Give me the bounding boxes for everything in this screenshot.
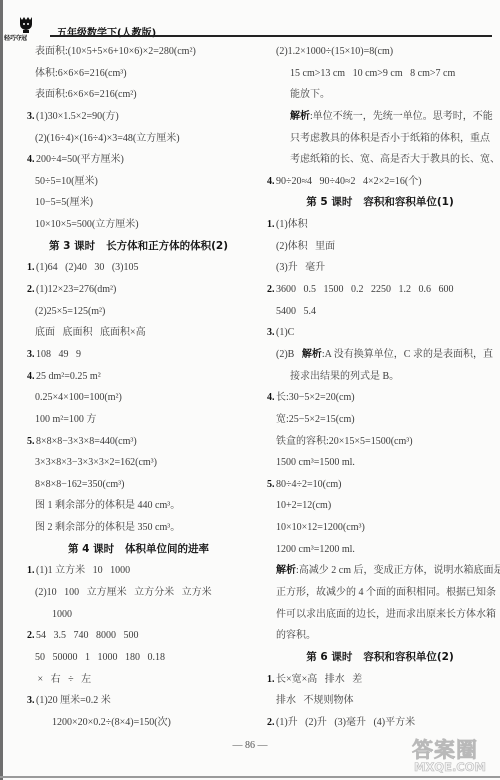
answer-text: 3×3×8×3−3×3×3×2=162(cm³) [35,457,157,468]
answer-line: 排水 不规则物体 [267,690,493,712]
item-number: 3. [27,690,36,712]
answer-line: 1.(1)64 (2)40 30 (3)105 [27,257,250,279]
lesson-heading: 第 5 课时 容积和容积单位(1) [267,192,493,214]
answer-text: 1000 [52,609,72,620]
answer-line: 15 cm>13 cm 10 cm>9 cm 8 cm>7 cm [267,63,493,85]
answer-line: 100 m²=100 方 [27,409,250,431]
analysis-text: :A 没有换算单位，C 求的是表面积，直 [322,349,493,360]
answer-text: 108 49 9 [36,349,81,360]
answer-line: 表面积:6×6×6=216(cm²) [27,84,250,106]
answer-line: 2.54 3.5 740 8000 500 [27,625,250,647]
answer-line: 5400 5.4 [267,301,493,323]
answer-text: (1)12×23=276(dm²) [36,284,116,295]
answer-text: 50 50000 1 1000 180 0.18 [35,652,165,663]
analysis-line: 解析:单位不统一，先统一单位。思考时，不能 [267,106,493,128]
item-number: 1. [27,560,36,582]
answer-text: 8×8×8−162=350(cm³) [35,479,124,490]
answer-line: 10×10×12=1200(cm³) [267,517,493,539]
answer-line: (2)(16÷4)×(16÷4)×3=48(立方厘米) [27,128,250,150]
item-number: 1. [267,214,276,236]
answer-text: (2)B [276,349,302,360]
answer-text: 10×10×5=500(立方厘米) [35,219,139,230]
item-number: 5. [27,431,36,453]
answer-text: (2)1.2×1000÷(15×10)=8(cm) [276,46,393,57]
answer-line: 10+2=12(cm) [267,495,493,517]
publisher-logo: 轻巧夺冠 [4,15,50,41]
answer-text: (1)30×1.5×2=90(方) [36,111,119,122]
answer-line: 3.(1)20 厘米=0.2 米 [27,690,250,712]
answer-line: 3×3×8×3−3×3×3×2=162(cm³) [27,452,250,474]
answer-line: 8×8×8−162=350(cm³) [27,474,250,496]
answer-text: 100 m²=100 方 [35,414,96,425]
answer-line: 图 2 剩余部分的体积是 350 cm³。 [27,517,250,539]
answer-text: 3600 0.5 1500 0.2 2250 1.2 0.6 600 [276,284,454,295]
answer-line: 50 50000 1 1000 180 0.18 [27,647,250,669]
page-bottom-edge [0,776,500,778]
watermark-url: MXQE.COM [414,760,486,774]
answer-line: 底面 底面积 底面积×高 [27,322,250,344]
answer-line: 体积:6×6×6=216(cm³) [27,63,250,85]
item-number: 5. [267,474,276,496]
answer-text: 80÷4÷2=10(cm) [276,479,342,490]
item-number: 2. [27,625,36,647]
answer-line: 3.(1)30×1.5×2=90(方) [27,106,250,128]
lesson-heading: 第 4 课时 体积单位间的进率 [27,539,250,561]
lesson-heading: 第 3 课时 长方体和正方体的体积(2) [27,236,250,258]
item-number: 3. [27,106,36,128]
answer-line: 5.80÷4÷2=10(cm) [267,474,493,496]
answer-line: 图 1 剩余部分的体积是 440 cm³。 [27,495,250,517]
answer-text: 宽:25−5×2=15(cm) [276,414,355,425]
analysis-text: 的容积。 [276,630,316,641]
answer-text: 铁盒的容积:20×15×5=1500(cm³) [276,436,413,447]
answer-line: × 右 ÷ 左 [27,669,250,691]
answer-text: 1200×20×0.2÷(8×4)=150(次) [52,717,171,728]
answer-line: (3)升 毫升 [267,257,493,279]
answer-line: 1000 [27,604,250,626]
trophy-mascot-icon [4,15,50,33]
analysis-text: :高减少 2 cm 后，变成正方体，说明水箱底面是 [296,565,500,576]
analysis-line: 正方形，故减少的 4 个面的面积相同。根据已知条 [267,582,493,604]
answer-text: 表面积:(10×5+5×6+10×6)×2=280(cm²) [35,46,196,57]
answer-text: 底面 底面积 底面积×高 [35,327,146,338]
answer-text: 能放下。 [290,89,330,100]
analysis-label: 解析 [290,111,310,122]
answer-text: 10+2=12(cm) [276,500,331,511]
answer-text: 90÷20≈4 90÷40≈2 4×2×2=16(个) [276,176,422,187]
page-edge-shadow [0,0,3,780]
answer-text: 5400 5.4 [276,306,316,317]
answer-line: 4.25 dm²=0.25 m² [27,366,250,388]
answer-text: (2)(16÷4)×(16÷4)×3=48(立方厘米) [35,133,180,144]
answer-text: (2)体积 里面 [276,241,335,252]
answer-text: 体积:6×6×6=216(cm³) [35,68,127,79]
answer-text: 200÷4=50(平方厘米) [36,154,124,165]
answer-text: (2)25×5=125(m²) [35,306,105,317]
answer-text: 长×宽×高 排水 差 [276,674,362,685]
page-number: — 86 — [200,740,300,751]
analysis-text: 件可以求出底面的边长，进而求出原来长方体水箱 [276,609,496,620]
item-number: 2. [267,279,276,301]
answer-text: 长:30−5×2=20(cm) [276,392,355,403]
answer-line: 0.25×4×100=100(m²) [27,387,250,409]
answer-line: 2.3600 0.5 1500 0.2 2250 1.2 0.6 600 [267,279,493,301]
answer-line: 50÷5=10(厘米) [27,171,250,193]
analysis-line: 解析:高减少 2 cm 后，变成正方体，说明水箱底面是 [267,560,493,582]
answer-line: 表面积:(10×5+5×6+10×6)×2=280(cm²) [27,41,250,63]
answer-text: 图 2 剩余部分的体积是 350 cm³。 [35,522,180,533]
answer-text: (1)升 (2)升 (3)毫升 (4)平方米 [276,717,415,728]
answer-text: × 右 ÷ 左 [35,674,91,685]
analysis-line: 的容积。 [267,625,493,647]
answer-line: (2)10 100 立方厘米 立方分米 立方米 [27,582,250,604]
answer-line: 10−5=5(厘米) [27,192,250,214]
item-number: 4. [267,171,276,193]
answer-line: 1.(1)体积 [267,214,493,236]
book-title: 五年级数学下(人教版) [57,24,156,39]
answer-line: 能放下。 [267,84,493,106]
answer-line: 1200×20×0.2÷(8×4)=150(次) [27,712,250,734]
answer-text: (2)10 100 立方厘米 立方分米 立方米 [35,587,212,598]
answer-line: 1.长×宽×高 排水 差 [267,669,493,691]
analysis-label: 解析 [302,349,322,360]
item-number: 1. [267,669,276,691]
answer-line: 1.(1)1 立方米 10 1000 [27,560,250,582]
analysis-label: 解析 [276,565,296,576]
analysis-line: 件可以求出底面的边长，进而求出原来长方体水箱 [267,604,493,626]
analysis-text: 考虑纸箱的长、宽、高是否大于教具的长、宽、高。 [290,154,500,165]
header-divider [50,35,492,37]
answer-line: 5.8×8×8−3×3×8=440(cm³) [27,431,250,453]
answer-line: 宽:25−5×2=15(cm) [267,409,493,431]
answer-text: 图 1 剩余部分的体积是 440 cm³。 [35,500,180,511]
item-number: 2. [27,279,36,301]
item-number: 4. [27,366,36,388]
answer-text: (1)64 (2)40 30 (3)105 [36,262,138,273]
answer-text: 表面积:6×6×6=216(cm²) [35,89,137,100]
answer-line: (2)25×5=125(m²) [27,301,250,323]
answer-text: 10−5=5(厘米) [35,197,93,208]
analysis-line: 考虑纸箱的长、宽、高是否大于教具的长、宽、高。 [267,149,493,171]
answer-text: 8×8×8−3×3×8=440(cm³) [36,436,137,447]
answer-text: (3)升 毫升 [276,262,325,273]
answer-line: 1500 cm³=1500 ml. [267,452,493,474]
answer-line: 1200 cm³=1200 ml. [267,539,493,561]
answer-text: 50÷5=10(厘米) [35,176,98,187]
answer-text: (1)体积 [276,219,308,230]
answer-text: 15 cm>13 cm 10 cm>9 cm 8 cm>7 cm [290,68,455,79]
answer-text: 1500 cm³=1500 ml. [276,457,355,468]
answer-text: 25 dm²=0.25 m² [36,371,101,382]
item-number: 1. [27,257,36,279]
answer-text: (1)1 立方米 10 1000 [36,565,130,576]
answer-line: (2)B 解析:A 没有换算单位，C 求的是表面积，直 [267,344,493,366]
analysis-line: 接求出结果的列式是 B。 [267,366,493,388]
answer-line: 铁盒的容积:20×15×5=1500(cm³) [267,431,493,453]
answer-line: 4.200÷4=50(平方厘米) [27,149,250,171]
right-column: (2)1.2×1000÷(15×10)=8(cm) 15 cm>13 cm 10… [267,41,493,734]
lesson-heading: 第 6 课时 容积和容积单位(2) [267,647,493,669]
analysis-text: :单位不统一，先统一单位。思考时，不能 [310,111,493,122]
answer-line: (2)1.2×1000÷(15×10)=8(cm) [267,41,493,63]
item-number: 3. [267,322,276,344]
item-number: 2. [267,712,276,734]
answer-line: 4.长:30−5×2=20(cm) [267,387,493,409]
answer-text: (1)20 厘米=0.2 米 [36,695,111,706]
answer-text: 10×10×12=1200(cm³) [276,522,365,533]
analysis-text: 接求出结果的列式是 B。 [290,371,399,382]
answer-text: 排水 不规则物体 [276,695,354,706]
left-column: 表面积:(10×5+5×6+10×6)×2=280(cm²) 体积:6×6×6=… [27,41,250,734]
analysis-line: 只考虑教具的体积是否小于纸箱的体积，重点 [267,128,493,150]
item-number: 4. [27,149,36,171]
answer-text: 1200 cm³=1200 ml. [276,544,355,555]
answer-text: 0.25×4×100=100(m²) [35,392,122,403]
answer-line: (2)体积 里面 [267,236,493,258]
analysis-text: 正方形，故减少的 4 个面的面积相同。根据已知条 [276,587,496,598]
answer-line: 3.108 49 9 [27,344,250,366]
answer-line: 4.90÷20≈4 90÷40≈2 4×2×2=16(个) [267,171,493,193]
answer-text: (1)C [276,327,294,338]
answer-line: 2.(1)升 (2)升 (3)毫升 (4)平方米 [267,712,493,734]
item-number: 3. [27,344,36,366]
answer-line: 10×10×5=500(立方厘米) [27,214,250,236]
answer-line: 3.(1)C [267,322,493,344]
analysis-text: 只考虑教具的体积是否小于纸箱的体积，重点 [290,133,490,144]
answer-line: 2.(1)12×23=276(dm²) [27,279,250,301]
answer-text: 54 3.5 740 8000 500 [36,630,139,641]
item-number: 4. [267,387,276,409]
